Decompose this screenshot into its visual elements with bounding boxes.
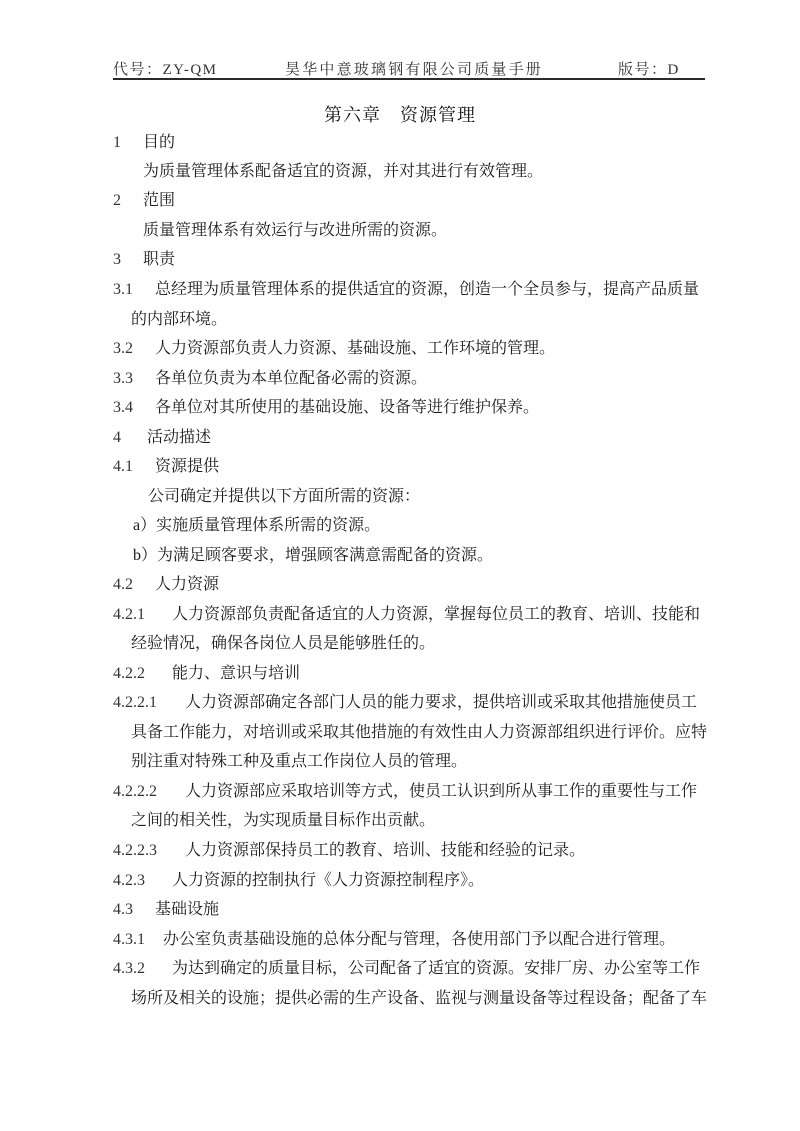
clause-text: 各单位对其所使用的基础设施、设备等进行维护保养。 [155, 399, 539, 416]
clause-number: 4.2.2.1 [113, 692, 185, 714]
clause-text: 为达到确定的质量目标，公司配备了适宜的资源。安排厂房、办公室等工作 [172, 960, 700, 977]
clause-number: 4.2.3 [113, 870, 172, 892]
clause-title: 人力资源 [155, 576, 219, 593]
clause-text: 人力资源的控制执行《人力资源控制程序》。 [172, 872, 484, 889]
clause-text: 总经理为质量管理体系的提供适宜的资源，创造一个全员参与，提高产品质量 [155, 281, 699, 298]
clause-number: 4.2 [113, 574, 155, 596]
list-marker: a） [133, 517, 156, 534]
clause-number: 3.2 [113, 338, 155, 360]
clause-number: 4.3 [113, 899, 155, 921]
clause-4-3-2: 4.3.2为达到确定的质量目标，公司配备了适宜的资源。安排厂房、办公室等工作 [113, 958, 700, 980]
clause-number: 4.1 [113, 456, 155, 478]
clause-4-2-2-1: 4.2.2.1人力资源部确定各部门人员的能力要求，提供培训或采取其他措施使员工 [113, 692, 697, 714]
clause-title: 基础设施 [155, 901, 219, 918]
subsection-4-1-intro: 公司确定并提供以下方面所需的资源： [148, 486, 420, 508]
list-text: 实施质量管理体系所需的资源。 [156, 517, 380, 534]
clause-3-1: 3.1总经理为质量管理体系的提供适宜的资源，创造一个全员参与，提高产品质量 [113, 279, 699, 301]
list-marker: b） [133, 547, 157, 564]
clause-title: 资源提供 [155, 458, 219, 475]
section-number: 2 [113, 190, 143, 212]
section-2-body: 质量管理体系有效运行与改进所需的资源。 [143, 220, 447, 242]
clause-4-2-1-continuation: 经验情况，确保各岗位人员是能够胜任的。 [131, 633, 435, 655]
clause-4-2-2: 4.2.2能力、意识与培训 [113, 663, 300, 685]
clause-3-1-continuation: 的内部环境。 [131, 309, 227, 331]
clause-4-2-2-3: 4.2.2.3人力资源部保持员工的教育、培训、技能和经验的记录。 [113, 840, 585, 862]
clause-number: 4.2.2 [113, 663, 172, 685]
clause-text: 人力资源部保持员工的教育、培训、技能和经验的记录。 [185, 842, 585, 859]
clause-text: 人力资源部确定各部门人员的能力要求，提供培训或采取其他措施使员工 [185, 694, 697, 711]
clause-number: 4.3.2 [113, 958, 172, 980]
clause-4-2-2-2: 4.2.2.2人力资源部应采取培训等方式，使员工认识到所从事工作的重要性与工作 [113, 781, 697, 803]
clause-4-2-3: 4.2.3人力资源的控制执行《人力资源控制程序》。 [113, 870, 484, 892]
clause-number: 4.2.2.3 [113, 840, 185, 862]
section-number: 4 [113, 427, 147, 449]
list-item-b: b）为满足顾客要求，增强顾客满意需配备的资源。 [133, 545, 493, 567]
section-heading-3: 3职责 [113, 249, 175, 271]
subsection-heading-4-3: 4.3基础设施 [113, 899, 219, 921]
clause-3-3: 3.3各单位负责为本单位配备必需的资源。 [113, 368, 427, 390]
clause-3-2: 3.2人力资源部负责人力资源、基础设施、工作环境的管理。 [113, 338, 555, 360]
chapter-title: 第六章 资源管理 [0, 101, 800, 127]
clause-3-4: 3.4各单位对其所使用的基础设施、设备等进行维护保养。 [113, 397, 539, 419]
clause-text: 办公室负责基础设施的总体分配与管理，各使用部门予以配合进行管理。 [163, 931, 675, 948]
section-title: 职责 [143, 251, 175, 268]
section-title: 目的 [143, 134, 175, 151]
clause-text: 人力资源部应采取培训等方式，使员工认识到所从事工作的重要性与工作 [185, 783, 697, 800]
clause-number: 3.3 [113, 368, 155, 390]
clause-number: 4.2.1 [113, 604, 172, 626]
section-title: 活动描述 [147, 429, 211, 446]
section-heading-1: 1目的 [113, 132, 175, 154]
clause-text: 人力资源部负责人力资源、基础设施、工作环境的管理。 [155, 340, 555, 357]
section-number: 3 [113, 249, 143, 271]
subsection-heading-4-1: 4.1资源提供 [113, 456, 219, 478]
version-number: 版号：D [618, 58, 680, 79]
manual-title: 昊华中意玻璃钢有限公司质量手册 [285, 58, 543, 79]
section-1-body: 为质量管理体系配备适宜的资源，并对其进行有效管理。 [143, 161, 543, 183]
list-text: 为满足顾客要求，增强顾客满意需配备的资源。 [157, 547, 493, 564]
clause-4-3-2-continuation: 场所及相关的设施；提供必需的生产设备、监视与测量设备等过程设备；配备了车 [131, 988, 707, 1010]
clause-number: 3.4 [113, 397, 155, 419]
clause-4-2-2-1-continuation-1: 具备工作能力，对培训或采取其他措施的有效性由人力资源部组织进行评价。应特 [131, 722, 707, 744]
clause-4-2-2-1-continuation-2: 别注重对特殊工种及重点工作岗位人员的管理。 [131, 751, 467, 773]
clause-number: 4.2.2.2 [113, 781, 185, 803]
section-title: 范围 [143, 192, 175, 209]
clause-number: 3.1 [113, 279, 155, 301]
page-header: 代号：ZY-QM 昊华中意玻璃钢有限公司质量手册 版号：D [113, 56, 705, 80]
clause-4-3-1: 4.3.1办公室负责基础设施的总体分配与管理，各使用部门予以配合进行管理。 [113, 929, 675, 951]
section-heading-4: 4活动描述 [113, 427, 211, 449]
clause-4-2-1: 4.2.1人力资源部负责配备适宜的人力资源，掌握每位员工的教育、培训、技能和 [113, 604, 700, 626]
clause-number: 4.3.1 [113, 929, 163, 951]
subsection-heading-4-2: 4.2人力资源 [113, 574, 219, 596]
section-heading-2: 2范围 [113, 190, 175, 212]
clause-4-2-2-2-continuation: 之间的相关性，为实现质量目标作出贡献。 [131, 810, 435, 832]
clause-text: 人力资源部负责配备适宜的人力资源，掌握每位员工的教育、培训、技能和 [172, 606, 700, 623]
document-code: 代号：ZY-QM [113, 58, 218, 79]
clause-text: 各单位负责为本单位配备必需的资源。 [155, 370, 427, 387]
clause-title: 能力、意识与培训 [172, 665, 300, 682]
list-item-a: a）实施质量管理体系所需的资源。 [133, 515, 380, 537]
section-number: 1 [113, 132, 143, 154]
